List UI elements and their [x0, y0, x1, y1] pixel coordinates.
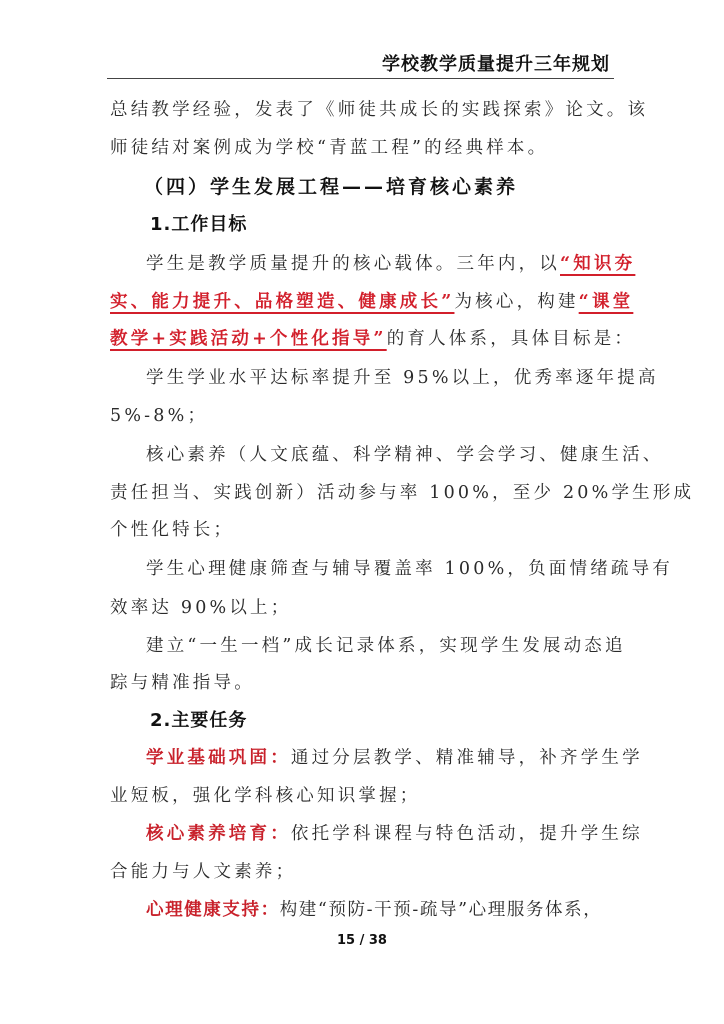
text: 的育人体系，具体目标是： [387, 329, 635, 349]
paragraph-line: 教学+实践活动+个性化指导”的育人体系，具体目标是： [110, 325, 635, 350]
page-header: 学校教学质量提升三年规划 [107, 48, 614, 79]
subheading-work-goals: 1.工作目标 [150, 210, 247, 236]
goal-line: 学生学业水平达标率提升至 95%以上，优秀率逐年提高 [146, 364, 659, 389]
task-label: 核心素养培育： [146, 824, 291, 844]
subheading-main-tasks: 2.主要任务 [150, 706, 247, 732]
paragraph-line: 师徒结对案例成为学校“青蓝工程”的经典样本。 [110, 134, 548, 159]
task-line: 核心素养培育：依托学科课程与特色活动，提升学生综 [146, 820, 643, 845]
paragraph-line: 学生是教学质量提升的核心载体。三年内，以“知识夯 [146, 250, 635, 275]
task-label: 学业基础巩固： [146, 748, 291, 768]
goal-line: 学生心理健康筛查与辅导覆盖率 100%，负面情绪疏导有 [146, 555, 673, 580]
page-number: 15 / 38 [0, 933, 724, 948]
document-title: 学校教学质量提升三年规划 [382, 50, 610, 76]
goal-line: 个性化特长； [110, 516, 234, 541]
task-line: 心理健康支持：构建“预防-干预-疏导”心理服务体系， [146, 896, 602, 921]
highlight-phrase: “课堂 [579, 292, 634, 312]
goal-line: 效率达 90%以上； [110, 594, 291, 619]
section-heading: （四）学生发展工程——培育核心素养 [144, 172, 518, 199]
goal-line: 5%-8%； [110, 402, 208, 427]
text: 依托学科课程与特色活动，提升学生综 [291, 824, 643, 844]
highlight-phrase: 实、能力提升、品格塑造、健康成长” [110, 292, 454, 312]
text: 为核心，构建 [454, 292, 578, 312]
highlight-phrase: 教学+实践活动+个性化指导” [110, 329, 387, 349]
task-line: 学业基础巩固：通过分层教学、精准辅导，补齐学生学 [146, 744, 643, 769]
goal-line: 责任担当、实践创新）活动参与率 100%，至少 20%学生形成 [110, 479, 694, 504]
task-line: 合能力与人文素养； [110, 858, 296, 883]
task-line: 业短板，强化学科核心知识掌握； [110, 782, 421, 807]
goal-line: 建立“一生一档”成长记录体系，实现学生发展动态追 [146, 632, 626, 657]
goal-line: 核心素养（人文底蕴、科学精神、学会学习、健康生活、 [146, 441, 664, 466]
text: 通过分层教学、精准辅导，补齐学生学 [291, 748, 643, 768]
text: 构建“预防-干预-疏导”心理服务体系， [280, 900, 603, 920]
text: 学生是教学质量提升的核心载体。三年内，以 [146, 254, 560, 274]
paragraph-line: 总结教学经验，发表了《师徒共成长的实践探索》论文。该 [110, 96, 648, 121]
goal-line: 踪与精准指导。 [110, 669, 255, 694]
paragraph-line: 实、能力提升、品格塑造、健康成长”为核心，构建“课堂 [110, 288, 633, 313]
highlight-phrase: “知识夯 [560, 254, 635, 274]
task-label: 心理健康支持： [146, 900, 280, 920]
